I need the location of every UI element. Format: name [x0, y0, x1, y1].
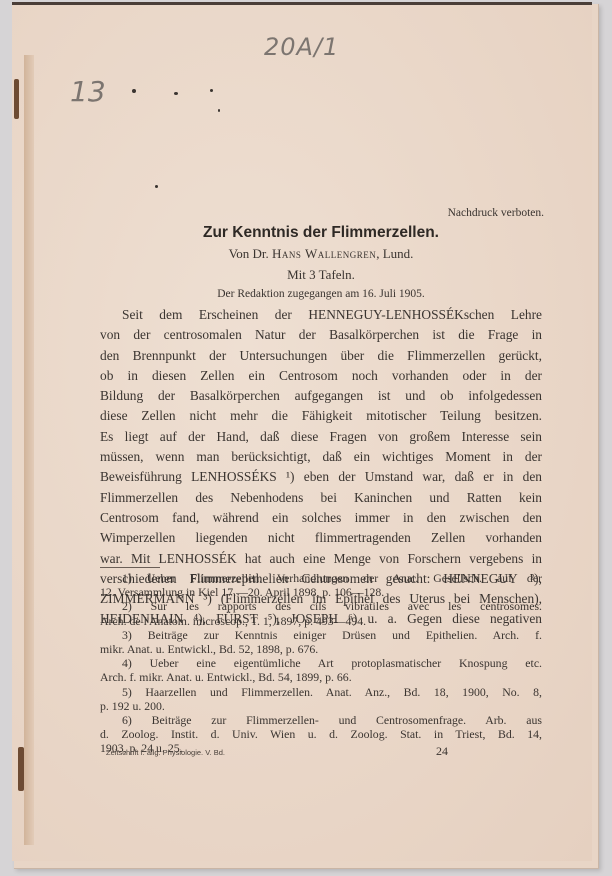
footnote-line: Arch. f. mikr. Anat. u. Entwickl., Bd. 5… — [100, 670, 542, 684]
body-line: war. Mit LENHOSSÉK hat auch eine Menge v… — [100, 549, 542, 569]
reprint-notice: Nachdruck verboten. — [448, 207, 544, 219]
footnotes: 1) Ueber Flimmerzellen. Verhandlungen de… — [100, 571, 542, 756]
body-line: ob in diesen Zellen ein Centrosom noch v… — [100, 366, 542, 386]
footnote-line: Arch. de l'Anatom. microscop., T. 1, 189… — [100, 614, 542, 628]
journal-footer: Zeitschrift f. allg. Physiologie. V. Bd. — [106, 748, 225, 757]
ink-speck — [155, 185, 158, 188]
body-line: von der centrosomalen Natur der Basalkör… — [100, 325, 542, 345]
handwritten-annotation-left: 13 — [70, 75, 106, 108]
body-line: müssen, wenn man berücksichtigt, daß ein… — [100, 447, 542, 467]
body-line: Centrosom fand, während ein solches imme… — [100, 508, 542, 528]
document-page: 20A/1 13 Nachdruck verboten. Zur Kenntni… — [12, 2, 592, 861]
footnote-line: 4) Ueber eine eigentümliche Art protopla… — [100, 656, 542, 670]
staple-mark — [14, 79, 19, 119]
affiliation: , Lund. — [376, 246, 413, 261]
byline-prefix: Von Dr. — [229, 246, 269, 261]
footnote-line: 3) Beiträge zur Kenntnis einiger Drüsen … — [100, 628, 542, 642]
body-line: Seit dem Erscheinen der HENNEGUY-LENHOSS… — [100, 305, 542, 325]
binding-spine — [24, 55, 34, 845]
byline: Von Dr. Hans Wallengren, Lund. — [100, 246, 542, 262]
body-line: diese Zellen nicht mehr die Fähigkeit mi… — [100, 406, 542, 426]
footnote-line: 5) Haarzellen und Flimmerzellen. Anat. A… — [100, 685, 542, 699]
body-line: Flimmerzellen des Nebenhodens bei Kaninc… — [100, 488, 542, 508]
body-line: den Brennpunkt der Untersuchungen über d… — [100, 346, 542, 366]
plates-note: Mit 3 Tafeln. — [100, 267, 542, 283]
footnote-line: 12. Versammlung in Kiel 17.—20. April 18… — [100, 585, 542, 599]
footnote-divider — [100, 567, 160, 568]
received-date: Der Redaktion zugegangen am 16. Juli 190… — [100, 288, 542, 300]
body-line: Beweisführung LENHOSSÉKS ¹) eben der Ums… — [100, 467, 542, 487]
body-line: Wimperzellen liegenden nicht flimmertrag… — [100, 528, 542, 548]
footnote-line: 6) Beiträge zur Flimmerzellen- und Centr… — [100, 713, 542, 727]
body-line: Bildung der Basalkörperchen aufgegangen … — [100, 386, 542, 406]
article-title: Zur Kenntnis der Flimmerzellen. — [100, 224, 542, 242]
signature-number: 24 — [436, 744, 448, 759]
ink-speck — [174, 92, 178, 95]
footnote-line: mikr. Anat. u. Entwickl., Bd. 52, 1898, … — [100, 642, 542, 656]
ink-speck — [132, 89, 136, 93]
footnote-line: 1) Ueber Flimmerzellen. Verhandlungen de… — [100, 571, 542, 585]
footnote-line: 2) Sur les rapports des cils vibratiles … — [100, 599, 542, 613]
footnote-line: p. 192 u. 200. — [100, 699, 542, 713]
author-name: Hans Wallengren — [272, 246, 376, 261]
handwritten-annotation-top: 20A/1 — [264, 33, 339, 61]
ink-speck — [218, 109, 220, 112]
staple-mark — [18, 747, 24, 791]
ink-speck — [210, 89, 213, 92]
footnote-line: d. Zoolog. Instit. d. Univ. Wien u. d. Z… — [100, 727, 542, 741]
body-line: Es liegt auf der Hand, daß diese Fragen … — [100, 427, 542, 447]
